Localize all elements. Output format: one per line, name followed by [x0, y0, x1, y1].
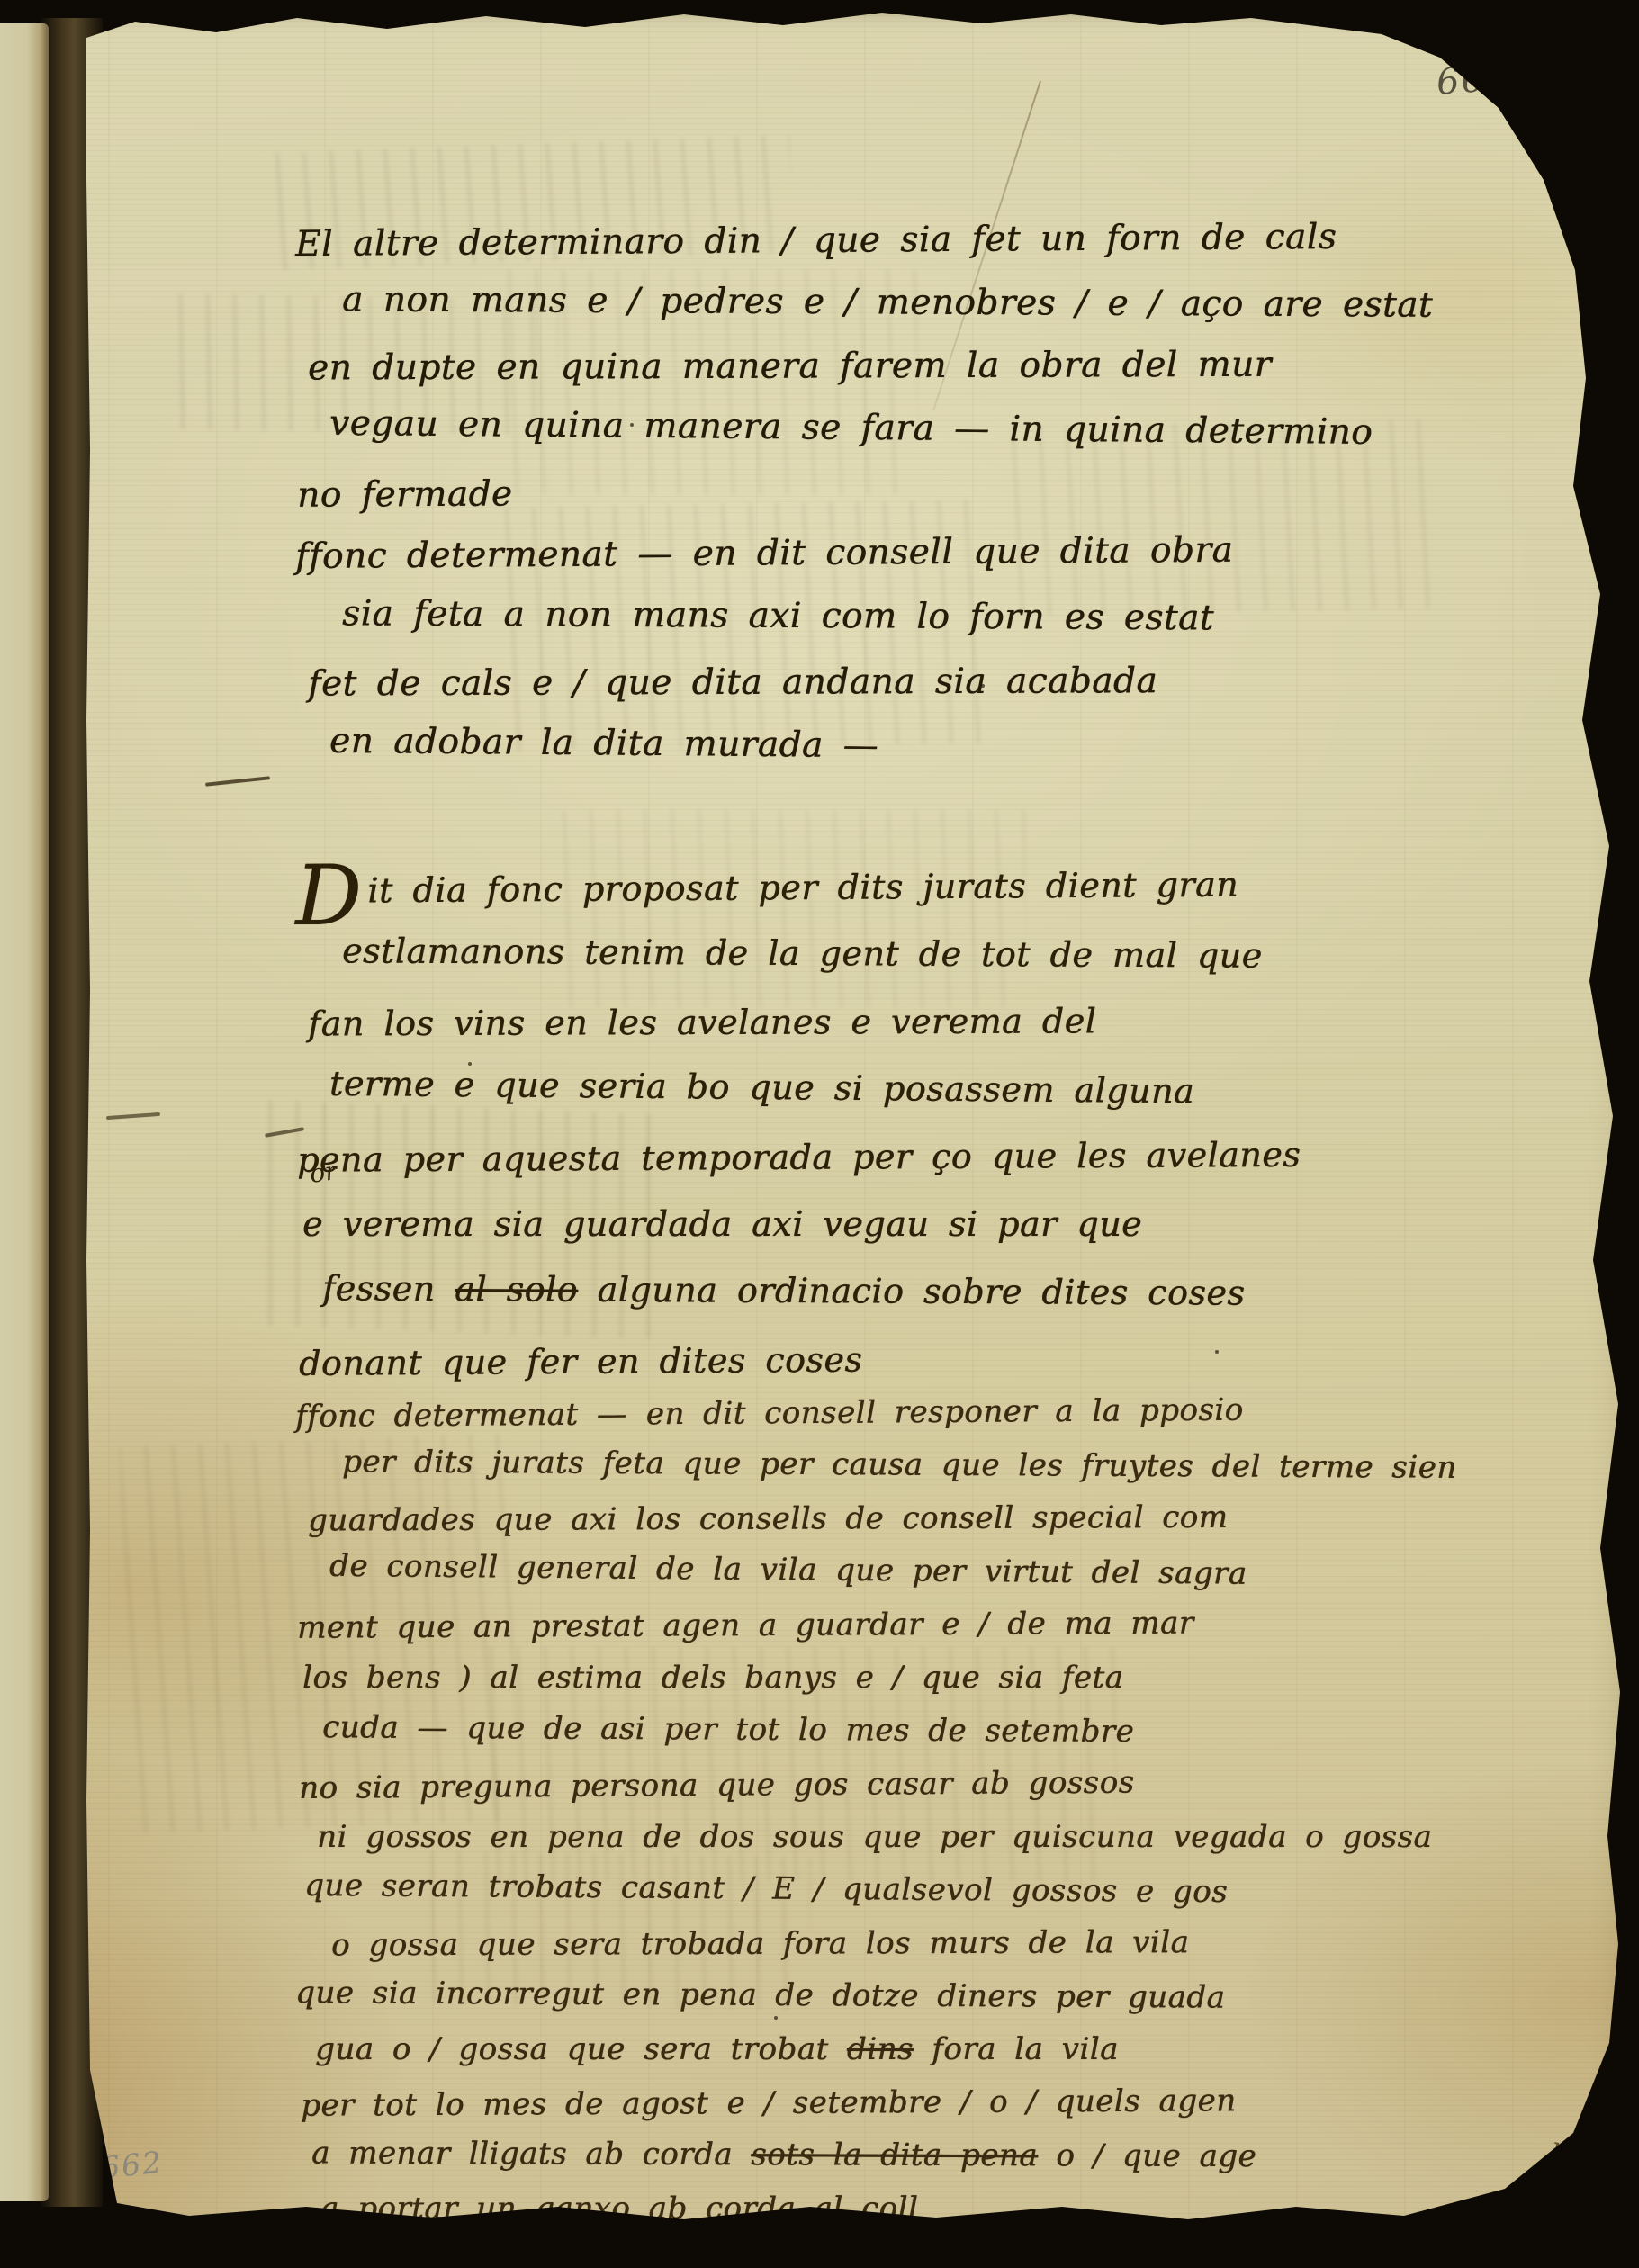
manuscript-line: en adobar la dita murada — [329, 709, 1596, 785]
manuscript-line: en dupte en quina manera farem la obra d… [308, 333, 1595, 400]
manuscript-line: no sia preguna persona que gos casar ab … [299, 1753, 1595, 1815]
manuscript-line: gua o / gossa que sera trobat dins fora … [315, 2023, 1595, 2076]
manuscript-line: a menar lligats ab corda sots la dita pe… [311, 2128, 1595, 2185]
manuscript-line: de consell general de la vila que per vi… [329, 1540, 1595, 1604]
struck-out-text: dins [847, 2031, 914, 2067]
manuscript-line: que seran trobats casant / E / qualsevol… [304, 1859, 1595, 1921]
manuscript-line: El altre determinaro din / que sia fet u… [295, 204, 1595, 276]
scan-background: 669 662 or y El altre determinaro din / … [0, 0, 1639, 2268]
manuscript-line: fessen al solo alguna ordinacio sobre di… [322, 1255, 1595, 1328]
manuscript-line: ment que an prestat agen a guardar e / d… [297, 1595, 1595, 1655]
manuscript-line: a non mans e / pedres e / menobres / e /… [342, 268, 1595, 337]
manuscript-line: ni gossos en pena de dos sous que per qu… [317, 1811, 1595, 1864]
manuscript-line: Dit dia fonc proposat per dits jurats di… [295, 849, 1595, 925]
manuscript-line: per tot lo mes de agost e / setembre / o… [301, 2073, 1595, 2133]
margin-dash-mark [106, 1112, 160, 1120]
manuscript-line: cuda — que de asi per tot lo mes de sete… [322, 1701, 1595, 1760]
manuscript-line: ffonc determenat — en dit consell que di… [295, 516, 1595, 589]
manuscript-line: sia feta a non mans axi com lo forn es e… [342, 581, 1595, 652]
manuscript-line: estlamanons tenim de la gent de tot de m… [342, 917, 1595, 991]
manuscript-line: terme e que seria bo que si posassem alg… [329, 1050, 1596, 1129]
manuscript-line: que sia incorregut en pena de dotze dine… [295, 1966, 1595, 2027]
manuscript-line: a portar un ganxo ab corda al coll [320, 2182, 1595, 2236]
manuscript-line: fan los vins en les avelanes e verema de… [308, 986, 1595, 1058]
manuscript-line: los bens ) al estima dels banys e / que … [302, 1651, 1595, 1705]
paragraph-determination-dogs-penalties: ffonc determenat — en dit consell respon… [290, 1386, 1595, 2236]
paragraph-council-determination-wall: ffonc determenat — en dit consell que di… [290, 520, 1595, 779]
manuscript-line: ffonc determenat — en dit consell respon… [295, 1381, 1595, 1444]
pencil-folio-number: 662 [99, 2145, 165, 2186]
struck-out-text: al solo [455, 1269, 578, 1309]
folio-number: 669 [1435, 57, 1511, 103]
manuscript-line: guardades que axi los consells de consel… [308, 1490, 1595, 1548]
manuscript-line: o gossa que sera trobada fora los murs d… [331, 1915, 1595, 1973]
manuscript-line: e verema sia guardada axi vegau si par q… [302, 1191, 1595, 1258]
drop-cap-initial: D [295, 871, 363, 922]
manuscript-line: pena per aquesta temporada per ço que le… [297, 1120, 1595, 1194]
manuscript-line: vegau en quina manera se fara — in quina… [329, 392, 1596, 466]
paragraph-resolution-lime-kiln: El altre determinaro din / que sia fet u… [290, 209, 1595, 524]
margin-dash-mark [205, 776, 270, 787]
paragraph-proposal-vineyards: Dit dia fonc proposat per dits jurats di… [290, 853, 1595, 1393]
manuscript-page: 669 662 or y El altre determinaro din / … [0, 0, 1639, 2268]
manuscript-line: per dits jurats feta que per causa que l… [342, 1435, 1595, 1495]
struck-out-text: sots la dita pena [751, 2137, 1038, 2173]
manuscript-line: fet de cals e / que dita andana sia acab… [308, 648, 1595, 717]
